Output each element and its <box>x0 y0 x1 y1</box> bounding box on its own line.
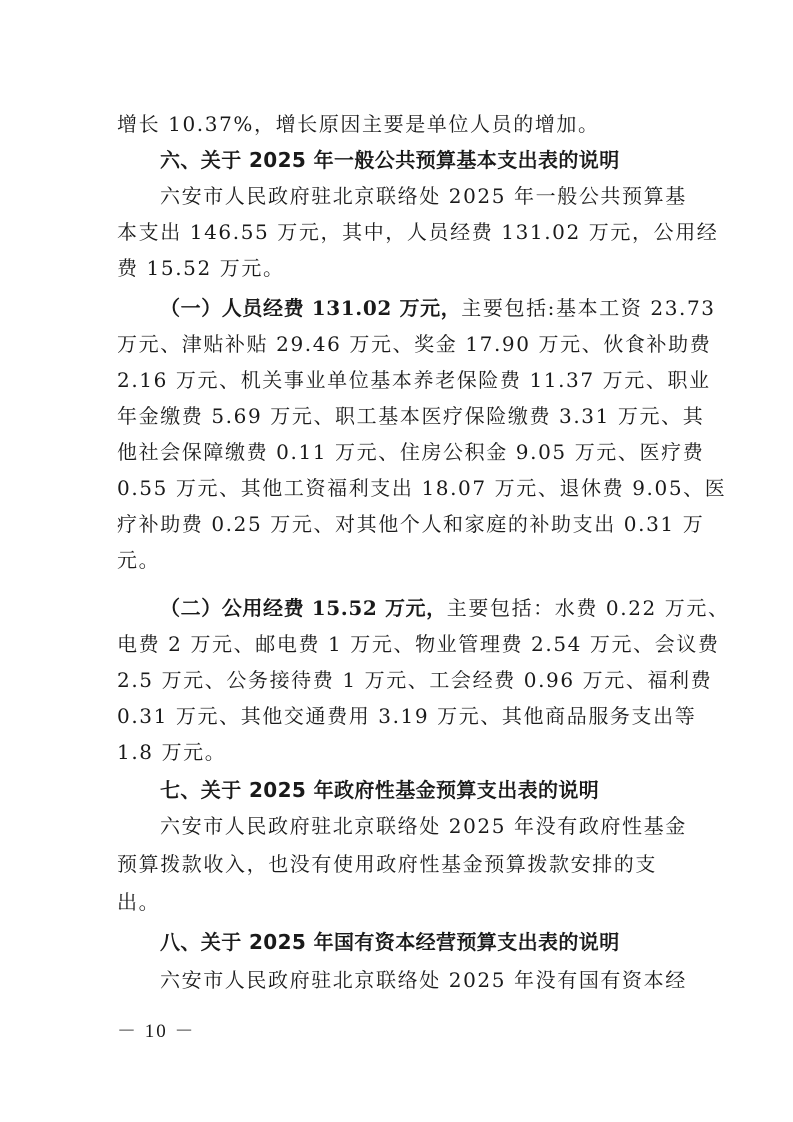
paragraph-line: 2.5 万元、公务接待费 1 万元、工会经费 0.96 万元、福利费 <box>117 662 677 698</box>
subsection-text: 主要包括:基本工资 23.73 <box>461 296 715 320</box>
paragraph-line: 本支出 146.55 万元，其中，人员经费 131.02 万元，公用经 <box>117 214 677 250</box>
section-heading-6: 六、关于 2025 年一般公共预算基本支出表的说明 <box>160 142 720 178</box>
subsection-public-line: （二）公用经费 15.52 万元，主要包括：水费 0.22 万元、 <box>160 590 720 626</box>
paragraph-line: 万元、津贴补贴 29.46 万元、奖金 17.90 万元、伙食补助费 <box>117 326 677 362</box>
page-number: － 10 － <box>117 1016 196 1043</box>
paragraph-line: 电费 2 万元、邮电费 1 万元、物业管理费 2.54 万元、会议费 <box>117 626 677 662</box>
paragraph-line: 2.16 万元、机关事业单位基本养老保险费 11.37 万元、职业 <box>117 362 677 398</box>
document-page: 增长 10.37%，增长原因主要是单位人员的增加。 六、关于 2025 年一般公… <box>0 0 793 1122</box>
paragraph-line: 元。 <box>117 542 677 578</box>
paragraph-line: 出。 <box>117 884 677 920</box>
section-heading-8: 八、关于 2025 年国有资本经营预算支出表的说明 <box>160 924 720 960</box>
paragraph-line: 费 15.52 万元。 <box>117 250 677 286</box>
paragraph-line: 他社会保障缴费 0.11 万元、住房公积金 9.05 万元、医疗费 <box>117 434 677 470</box>
paragraph-line: 0.31 万元、其他交通费用 3.19 万元、其他商品服务支出等 <box>117 698 677 734</box>
paragraph-line: 年金缴费 5.69 万元、职工基本医疗保险缴费 3.31 万元、其 <box>117 398 677 434</box>
paragraph-line: 疗补助费 0.25 万元、对其他个人和家庭的补助支出 0.31 万 <box>117 506 677 542</box>
paragraph-line: 预算拨款收入，也没有使用政府性基金预算拨款安排的支 <box>117 846 677 882</box>
subsection-heading-personnel: （一）人员经费 131.02 万元， <box>160 296 461 320</box>
paragraph-line: 0.55 万元、其他工资福利支出 18.07 万元、退休费 9.05、医 <box>117 470 677 506</box>
paragraph-line: 六安市人民政府驻北京联络处 2025 年没有政府性基金 <box>160 808 720 844</box>
paragraph-line: 六安市人民政府驻北京联络处 2025 年一般公共预算基 <box>160 178 720 214</box>
paragraph-line: 1.8 万元。 <box>117 734 677 770</box>
subsection-heading-public: （二）公用经费 15.52 万元， <box>160 596 447 620</box>
section-heading-7: 七、关于 2025 年政府性基金预算支出表的说明 <box>160 772 720 808</box>
subsection-text: 主要包括：水费 0.22 万元、 <box>447 596 730 620</box>
paragraph-line: 六安市人民政府驻北京联络处 2025 年没有国有资本经 <box>160 962 720 998</box>
paragraph-line: 增长 10.37%，增长原因主要是单位人员的增加。 <box>117 106 677 142</box>
subsection-personnel-line: （一）人员经费 131.02 万元，主要包括:基本工资 23.73 <box>160 290 720 326</box>
